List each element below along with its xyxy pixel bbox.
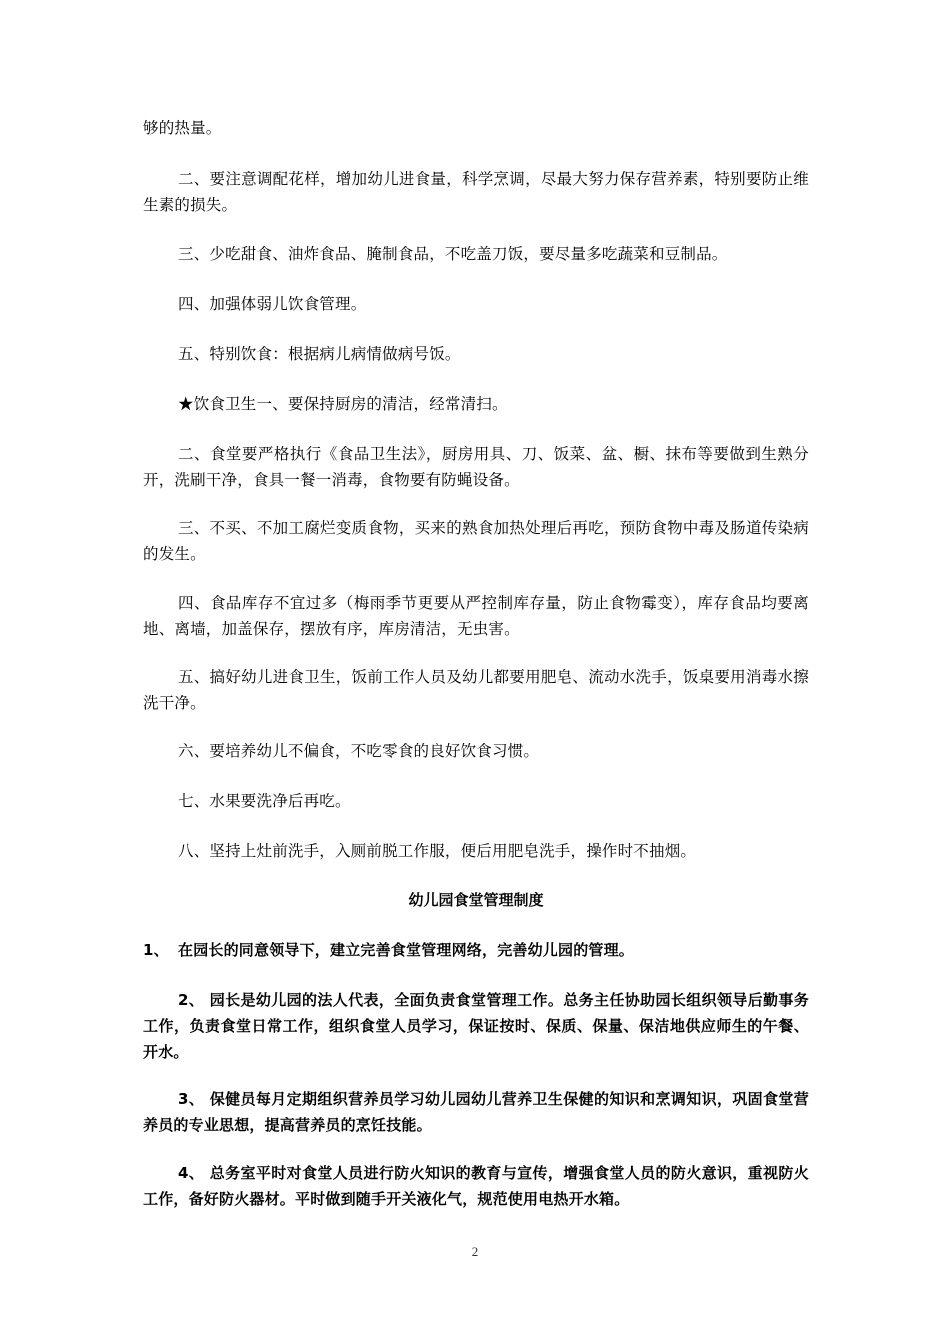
paragraph-hygiene-7: 七、水果要洗净后再吃。 — [143, 788, 809, 814]
rule-number: 2、 — [178, 991, 204, 1009]
rule-number: 4、 — [178, 1164, 204, 1182]
paragraph-continuation: 够的热量。 — [143, 115, 809, 141]
rule-text: 总务室平时对食堂人员进行防火知识的教育与宣传，增强食堂人员的防火意识，重视防火工… — [143, 1164, 809, 1208]
paragraph-hygiene-6: 六、要培养幼儿不偏食，不吃零食的良好饮食习惯。 — [143, 738, 809, 764]
page-number: 2 — [0, 1244, 950, 1260]
paragraph-diet-4: 四、加强体弱儿饮食管理。 — [143, 291, 809, 317]
paragraph-diet-5: 五、特别饮食：根据病儿病情做病号饭。 — [143, 341, 809, 367]
paragraph-hygiene-2: 二、食堂要严格执行《食品卫生法》，厨房用具、刀、饭菜、盆、橱、抹布等要做到生熟分… — [143, 441, 809, 493]
rule-text: 在园长的同意领导下，建立完善食堂管理网络，完善幼儿园的管理。 — [178, 941, 634, 959]
section-title: 幼儿园食堂管理制度 — [143, 887, 809, 913]
rule-text: 保健员每月定期组织营养员学习幼儿园幼儿营养卫生保健的知识和烹调知识，巩固食堂营养… — [143, 1090, 809, 1134]
rule-number: 1、 — [143, 937, 178, 963]
rule-item-2: 2、 园长是幼儿园的法人代表，全面负责食堂管理工作。总务主任协助园长组织领导后勤… — [143, 987, 809, 1065]
paragraph-hygiene-5: 五、搞好幼儿进食卫生，饭前工作人员及幼儿都要用肥皂、流动水洗手，饭桌要用消毒水擦… — [143, 664, 809, 716]
paragraph-hygiene-3: 三、不买、不加工腐烂变质食物，买来的熟食加热处理后再吃，预防食物中毒及肠道传染病… — [143, 515, 809, 567]
paragraph-hygiene-8: 八、坚持上灶前洗手，入厕前脱工作服，便后用肥皂洗手，操作时不抽烟。 — [143, 838, 809, 864]
rule-item-4: 4、 总务室平时对食堂人员进行防火知识的教育与宣传，增强食堂人员的防火意识，重视… — [143, 1160, 809, 1212]
rule-text: 园长是幼儿园的法人代表，全面负责食堂管理工作。总务主任协助园长组织领导后勤事务工… — [143, 991, 809, 1061]
rule-number: 3、 — [178, 1090, 204, 1108]
paragraph-hygiene-1: ★饮食卫生一、要保持厨房的清洁，经常清扫。 — [143, 391, 809, 417]
paragraph-diet-2: 二、要注意调配花样，增加幼儿进食量，科学烹调，尽最大努力保存营养素，特别要防止维… — [143, 166, 809, 218]
paragraph-diet-3: 三、少吃甜食、油炸食品、腌制食品，不吃盖刀饭，要尽量多吃蔬菜和豆制品。 — [143, 241, 809, 267]
rule-item-1: 1、在园长的同意领导下，建立完善食堂管理网络，完善幼儿园的管理。 — [143, 937, 809, 963]
rule-item-3: 3、 保健员每月定期组织营养员学习幼儿园幼儿营养卫生保健的知识和烹调知识，巩固食… — [143, 1086, 809, 1138]
paragraph-hygiene-4: 四、食品库存不宜过多（梅雨季节更要从严控制库存量，防止食物霉变），库存食品均要离… — [143, 590, 809, 642]
